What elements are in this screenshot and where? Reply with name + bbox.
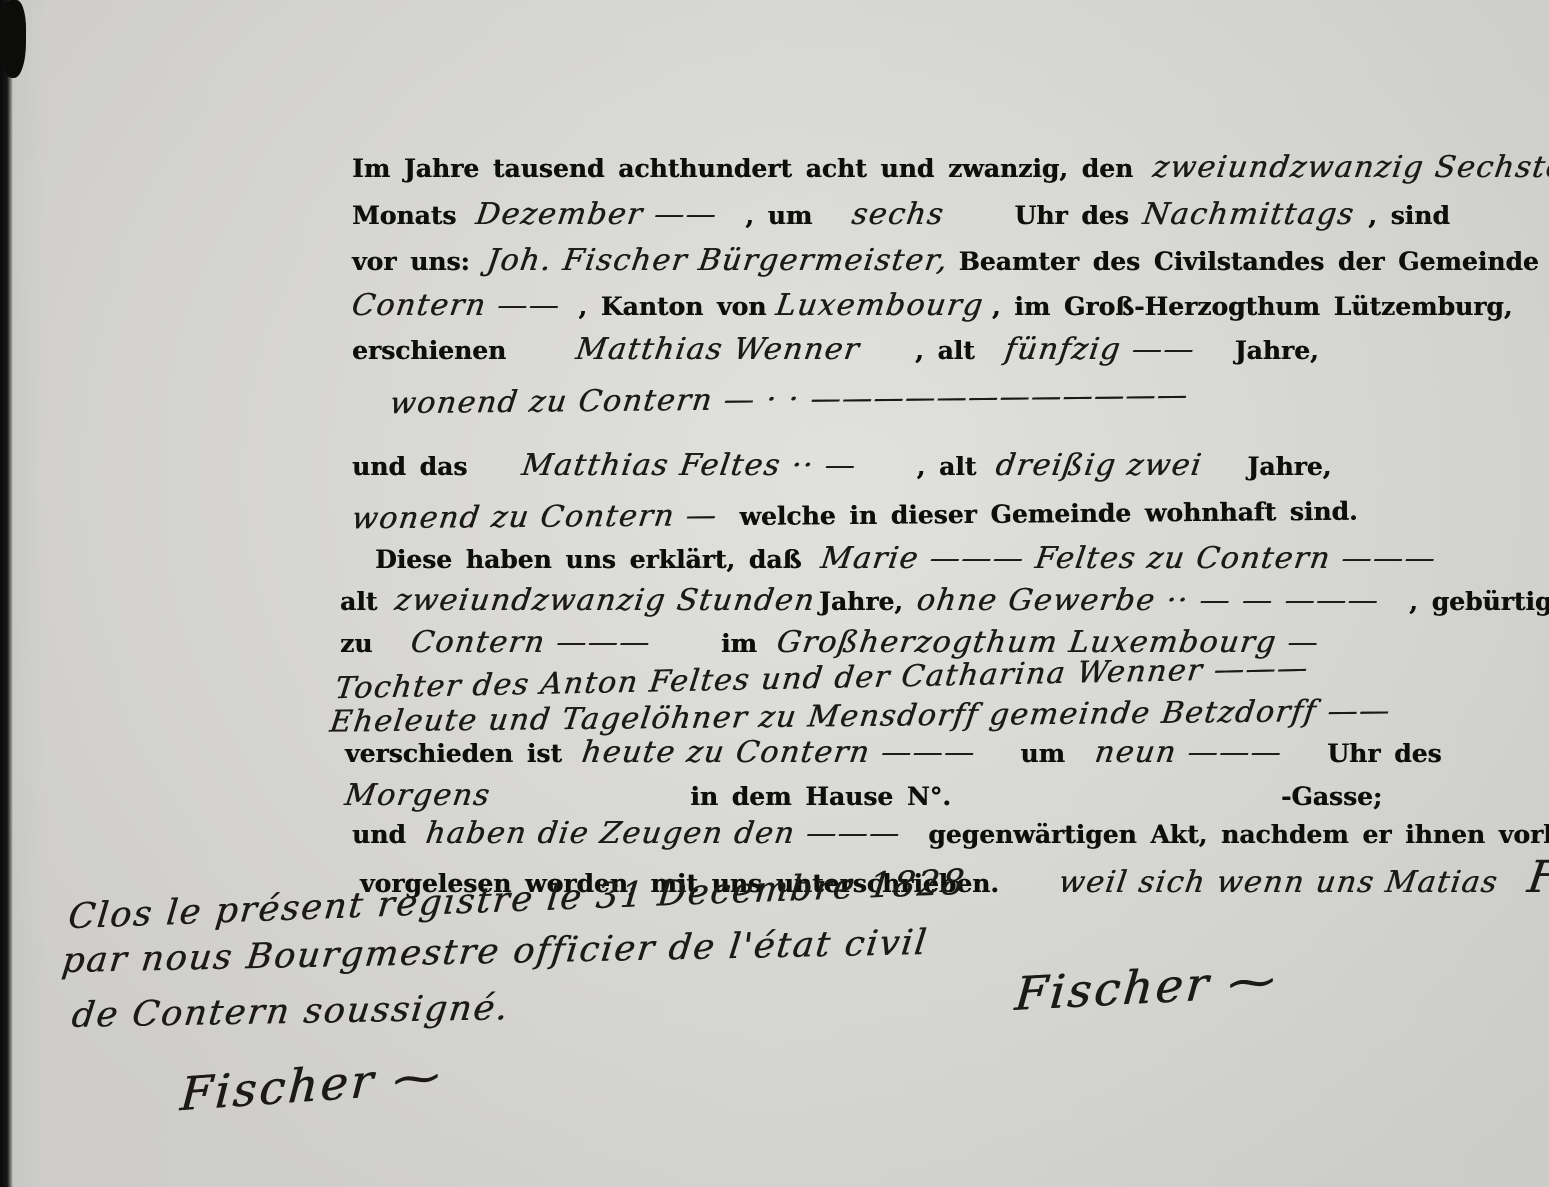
official-signature-bottom-left: Fischer ⁓ [178, 1049, 444, 1121]
printed-fraktur-text: Jahre, [819, 587, 903, 616]
form-line-commune: Contern ——, Kanton vonLuxembourg, im Gro… [352, 288, 1512, 323]
handwritten-text: zweiundzwanzig Stunden [392, 583, 817, 618]
printed-fraktur-text: und [352, 820, 420, 849]
handwritten-text: Joh. Fischer Bürgermeister, [485, 243, 951, 278]
handwritten-text: Matthias Wenner [574, 332, 863, 367]
printed-fraktur-text: , gebürtig [1409, 587, 1549, 616]
printed-fraktur-text: Beamter des Civilstandes der Gemeinde vo… [959, 247, 1549, 276]
handwritten-text: Contern —— [350, 288, 563, 323]
printed-fraktur-text: -Gasse; [1281, 782, 1382, 811]
printed-fraktur-text: erschienen [352, 336, 506, 365]
printed-fraktur-text: Diese haben uns erklärt, daß [375, 545, 801, 574]
form-line-deceased-name: Diese haben uns erklärt, daßMarie ——— Fe… [375, 541, 1437, 576]
handwritten-text: sechs [850, 197, 947, 232]
signature-text: Fischer ⁓ [1013, 953, 1280, 1021]
closing-statement-french-3: de Contern soussigné. [72, 988, 510, 1036]
handwritten-text: Morgens [343, 778, 493, 813]
form-line-year-date: Im Jahre tausend achthundert acht und zw… [352, 150, 1549, 185]
printed-fraktur-text: Monats [352, 201, 470, 230]
handwritten-text: Feltes [1524, 852, 1549, 903]
handwritten-text: wonend zu Contern — [350, 498, 720, 536]
handwritten-text: weil sich wenn uns Matias [1057, 865, 1501, 900]
printed-fraktur-text: Jahre, [1235, 336, 1319, 365]
form-line-witnesses: und haben die Zeugen den ———gegenwärtige… [352, 816, 1549, 851]
handwritten-text: wonend zu Contern — · · ———————————— [388, 378, 1191, 421]
handwritten-text: dreißig zwei [994, 448, 1205, 483]
printed-fraktur-text: verschieden ist [345, 739, 576, 768]
handwritten-text: de Contern soussigné. [70, 988, 512, 1036]
handwritten-text: ohne Gewerbe ·· — — ——— [915, 583, 1382, 618]
handwritten-text: Dezember —— [474, 197, 720, 232]
form-line-declarant2: und dasMatthias Feltes ·· —, altdreißig … [352, 448, 1331, 483]
signature-text: Fischer ⁓ [178, 1049, 444, 1122]
handwritten-text: haben die Zeugen den ——— [423, 816, 903, 851]
form-line-house: Morgensin dem Hause N°.-Gasse; [345, 778, 1382, 813]
handwritten-text: Matthias Feltes ·· — [520, 448, 859, 483]
handwritten-text: heute zu Contern ——— [579, 735, 978, 770]
printed-fraktur-text: und das [352, 452, 467, 481]
printed-fraktur-text: Jahre, [1247, 452, 1331, 481]
handwritten-text: zweiundzwanzig Sechsten [1150, 150, 1549, 185]
printed-fraktur-text: , sind [1368, 201, 1450, 230]
printed-fraktur-text: Uhr des [1327, 739, 1441, 768]
handwritten-text: Nachmittags [1140, 197, 1356, 232]
printed-fraktur-text: gegenwärtigen Akt, nachdem er ihnen vorh… [928, 820, 1549, 849]
form-line-death-time: verschieden ist heute zu Contern ———umne… [345, 735, 1442, 770]
printed-fraktur-text: um [1020, 739, 1065, 768]
printed-fraktur-text: , Kanton von [578, 292, 766, 321]
printed-fraktur-text: Uhr des [1014, 201, 1128, 230]
document-page: Im Jahre tausend achthundert acht und zw… [0, 0, 1549, 1187]
printed-fraktur-text: , im Groß-Herzogthum Lützemburg, [992, 292, 1513, 321]
printed-fraktur-text: , alt [917, 452, 977, 481]
form-line-deceased-age: alt zweiundzwanzig StundenJahre,ohne Gew… [340, 583, 1549, 618]
printed-fraktur-text: alt [340, 587, 391, 616]
printed-fraktur-text: welche in dieser Gemeinde wohnhaft sind. [739, 497, 1358, 531]
form-line-official: vor uns: Joh. Fischer Bürgermeister,Beam… [352, 243, 1549, 278]
printed-fraktur-text: im [721, 629, 757, 658]
form-line-declarant1-residence: wonend zu Contern — · · ———————————— [390, 378, 1189, 421]
document-scan: Im Jahre tausend achthundert acht und zw… [0, 0, 1549, 1187]
handwritten-text: fünfzig —— [1002, 332, 1197, 367]
form-line-declarant1: erschienenMatthias Wenner, altfünfzig ——… [352, 332, 1319, 367]
form-line-month-hour: Monats Dezember ——, umsechsUhr desNachmi… [352, 197, 1450, 232]
printed-fraktur-text: , alt [915, 336, 975, 365]
handwritten-text: Marie ——— Feltes zu Contern ——— [819, 541, 1439, 576]
printed-fraktur-text: in dem Hause N°. [690, 782, 951, 811]
printed-fraktur-text: , um [745, 201, 812, 230]
printed-fraktur-text: zu [340, 629, 386, 658]
handwritten-text: Contern ——— [409, 625, 654, 660]
official-signature-right: Fischer ⁓ [1014, 953, 1279, 1021]
printed-fraktur-text: Im Jahre tausend achthundert acht und zw… [352, 154, 1147, 183]
handwritten-text: neun ——— [1093, 735, 1285, 770]
form-line-declarant2-residence: wonend zu Contern —welche in dieser Geme… [352, 493, 1358, 537]
printed-fraktur-text: vor uns: [352, 247, 483, 276]
handwritten-text: Luxembourg [774, 288, 986, 323]
